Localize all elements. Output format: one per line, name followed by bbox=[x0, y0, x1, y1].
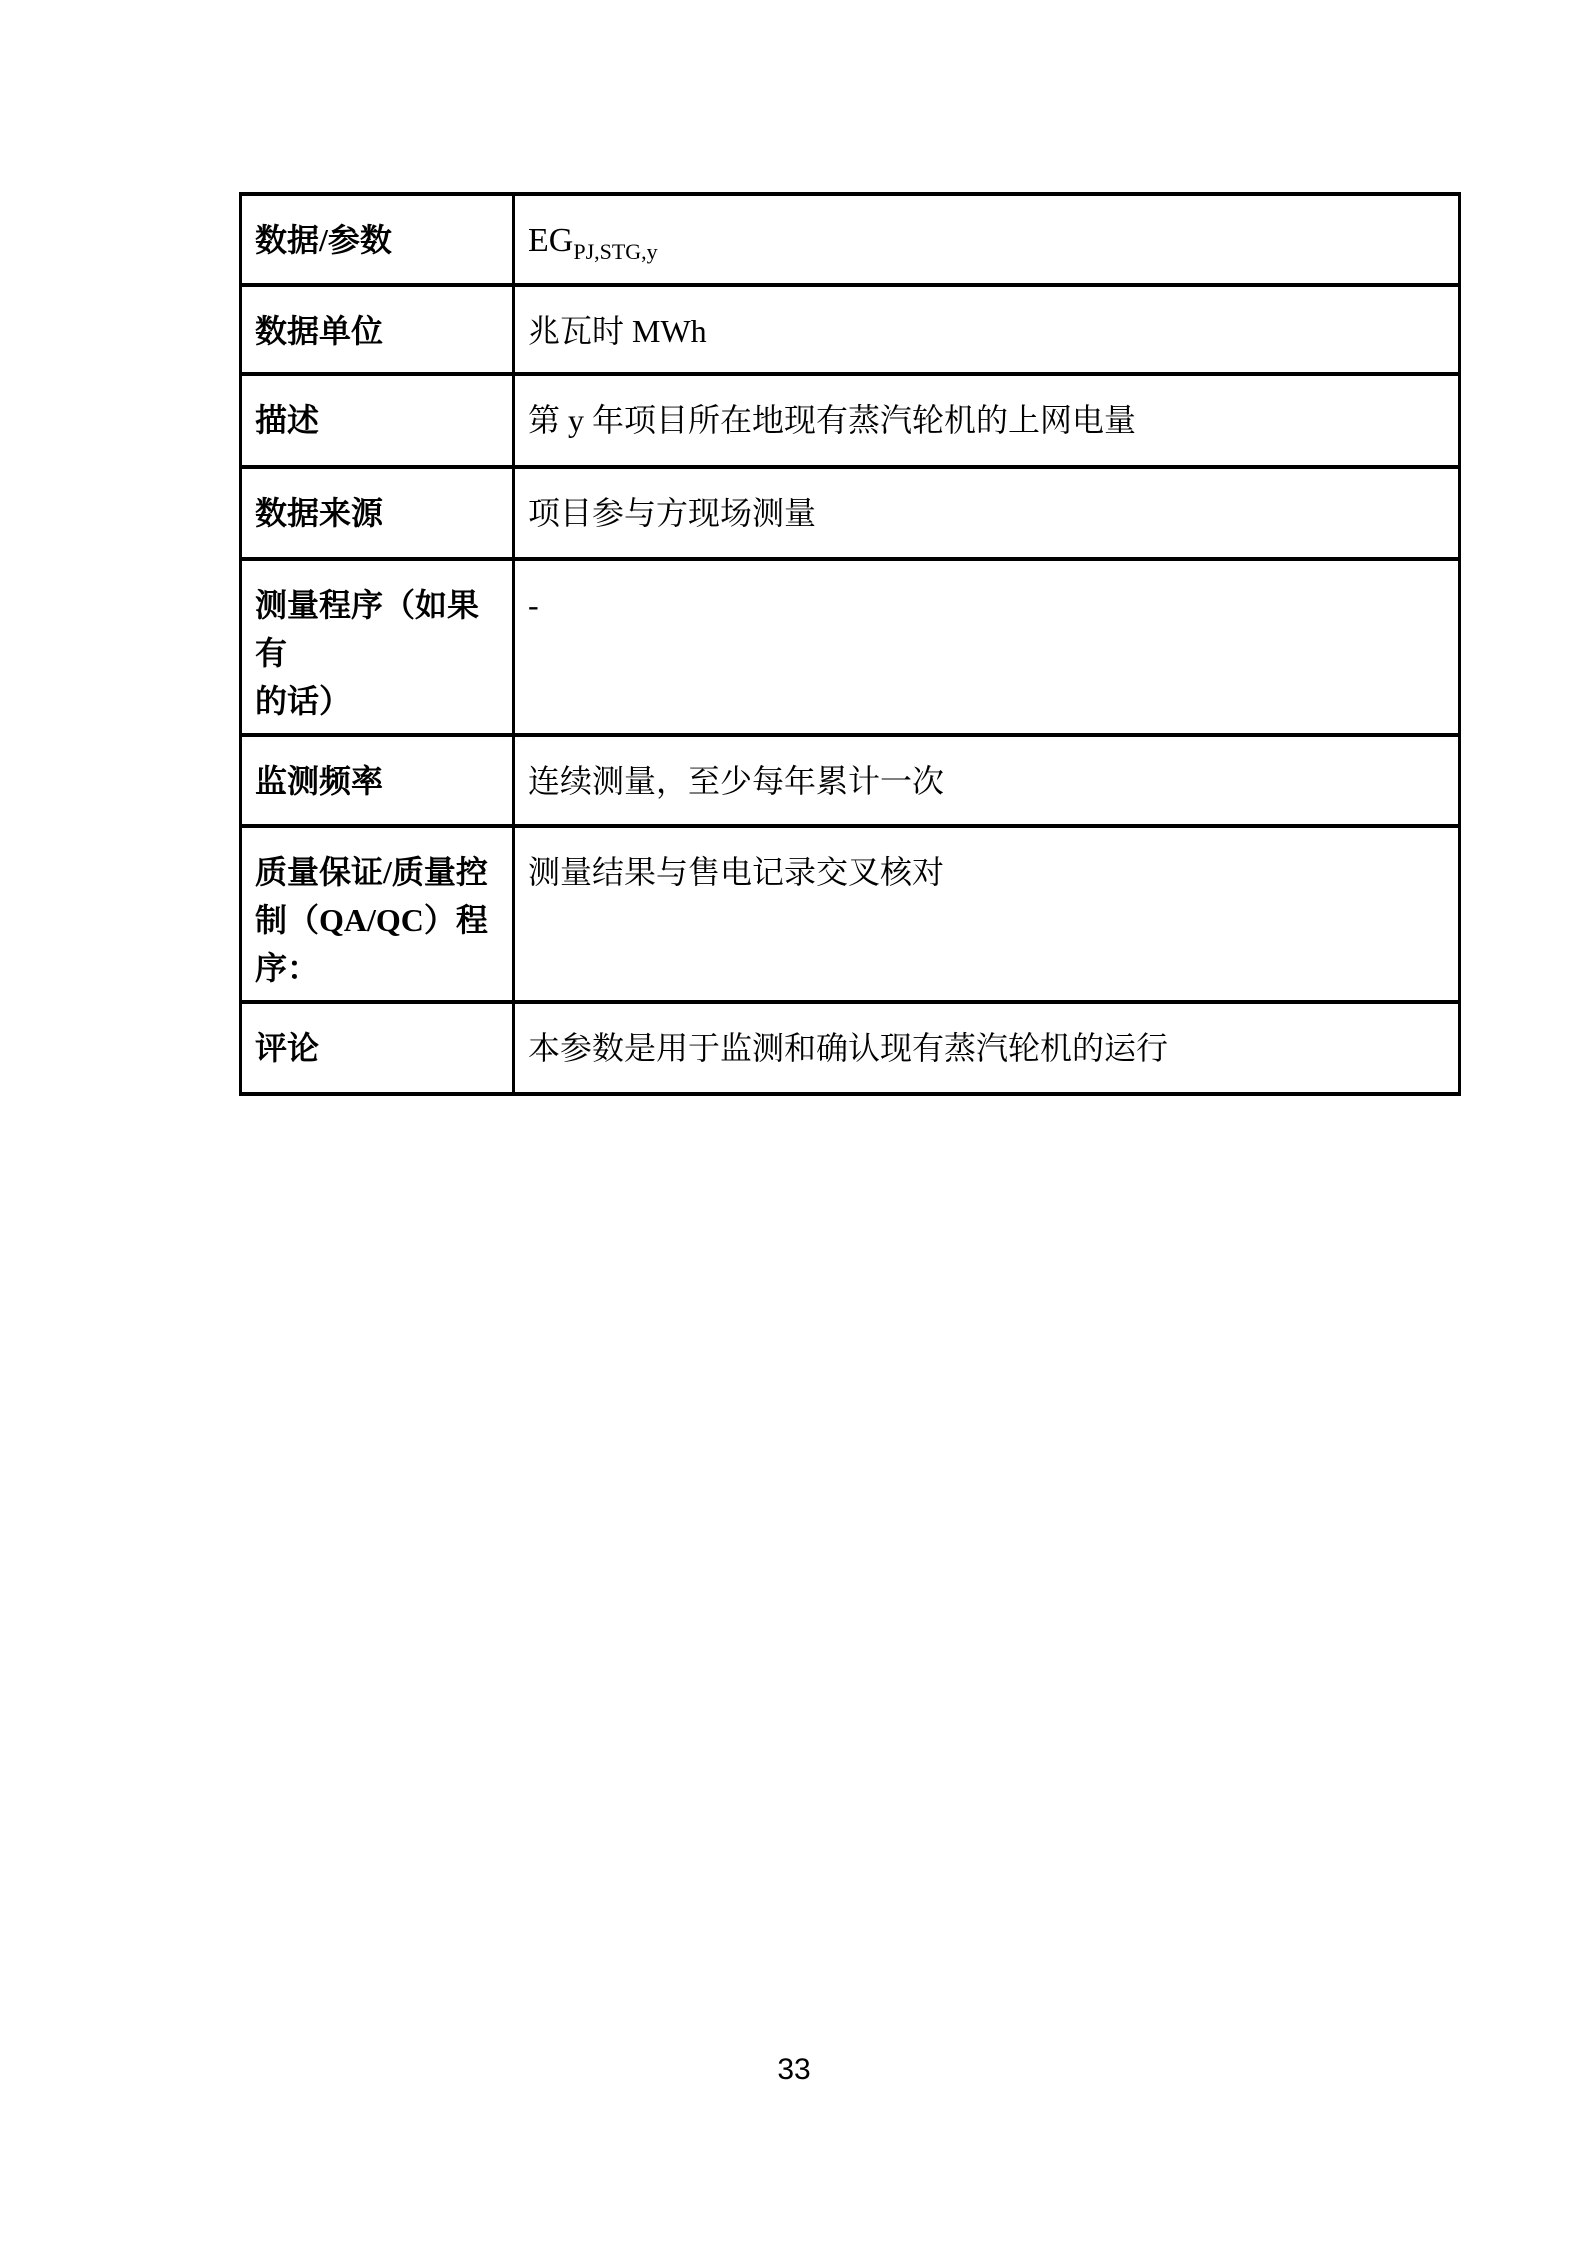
row-label: 测量程序（如果有 的话） bbox=[241, 559, 514, 735]
row-value: 测量结果与售电记录交叉核对 bbox=[514, 826, 1460, 1002]
table-row-data-unit: 数据单位 兆瓦时 MWh bbox=[241, 285, 1460, 374]
table-row-description: 描述 第 y 年项目所在地现有蒸汽轮机的上网电量 bbox=[241, 374, 1460, 467]
table-row-data-source: 数据来源 项目参与方现场测量 bbox=[241, 467, 1460, 559]
row-label: 描述 bbox=[241, 374, 514, 467]
row-label: 数据来源 bbox=[241, 467, 514, 559]
formula-base: EG bbox=[528, 222, 573, 259]
row-value: 项目参与方现场测量 bbox=[514, 467, 1460, 559]
formula-subscript: PJ,STG,y bbox=[573, 239, 657, 264]
table-row-monitoring-frequency: 监测频率 连续测量，至少每年累计一次 bbox=[241, 735, 1460, 826]
row-value: - bbox=[514, 559, 1460, 735]
row-label: 数据/参数 bbox=[241, 194, 514, 285]
parameter-table: 数据/参数 EGPJ,STG,y 数据单位 兆瓦时 MWh 描述 第 y 年项目… bbox=[239, 192, 1461, 1096]
row-value: 连续测量，至少每年累计一次 bbox=[514, 735, 1460, 826]
row-value: 第 y 年项目所在地现有蒸汽轮机的上网电量 bbox=[514, 374, 1460, 467]
row-label: 评论 bbox=[241, 1002, 514, 1094]
table-row-qa-qc-procedures: 质量保证/质量控 制（QA/QC）程序： 测量结果与售电记录交叉核对 bbox=[241, 826, 1460, 1002]
table-row-comments: 评论 本参数是用于监测和确认现有蒸汽轮机的运行 bbox=[241, 1002, 1460, 1094]
row-value: 兆瓦时 MWh bbox=[514, 285, 1460, 374]
row-label: 监测频率 bbox=[241, 735, 514, 826]
row-value-formula: EGPJ,STG,y bbox=[514, 194, 1460, 285]
page-number: 33 bbox=[0, 2052, 1588, 2088]
row-label: 数据单位 bbox=[241, 285, 514, 374]
document-page: 数据/参数 EGPJ,STG,y 数据单位 兆瓦时 MWh 描述 第 y 年项目… bbox=[0, 0, 1588, 2245]
table-row-data-parameter: 数据/参数 EGPJ,STG,y bbox=[241, 194, 1460, 285]
table-row-measurement-procedure: 测量程序（如果有 的话） - bbox=[241, 559, 1460, 735]
row-label: 质量保证/质量控 制（QA/QC）程序： bbox=[241, 826, 514, 1002]
row-value: 本参数是用于监测和确认现有蒸汽轮机的运行 bbox=[514, 1002, 1460, 1094]
